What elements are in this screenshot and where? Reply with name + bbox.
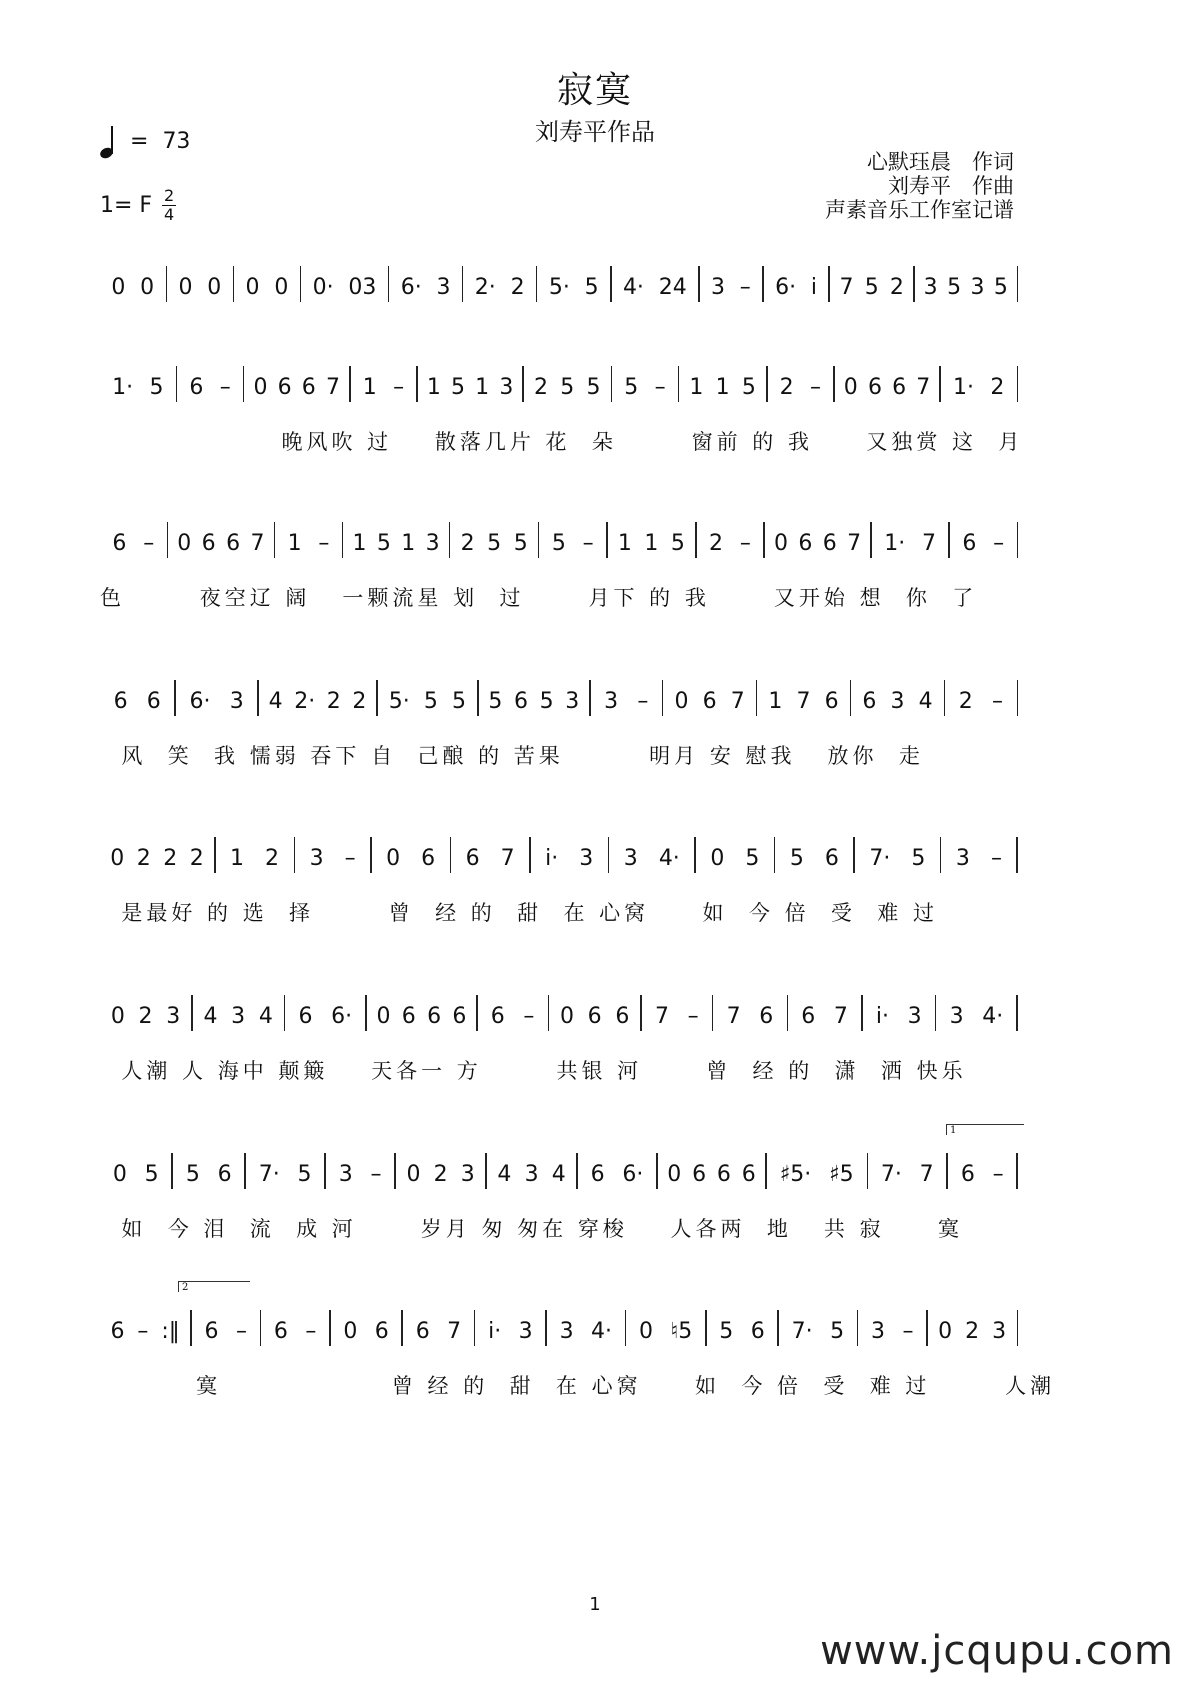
measure: i·3 — [475, 1306, 545, 1346]
note: 3 — [523, 1161, 541, 1189]
note: 3 — [888, 688, 906, 716]
note: 2 — [432, 1161, 450, 1189]
measure: 0222 — [100, 833, 214, 873]
note: 0 — [138, 274, 156, 302]
note: 1 — [350, 530, 368, 558]
barline — [1016, 1153, 1018, 1189]
note: 3 — [869, 1318, 887, 1346]
notation-row: 05567·53–02343466·0666♯5·♯57·76– — [100, 1149, 1018, 1189]
note: 6 — [203, 1318, 221, 1346]
note: 5 — [622, 374, 640, 402]
measure: 066 — [549, 991, 640, 1031]
note: 6· — [188, 688, 213, 716]
note: 0 — [176, 274, 194, 302]
sustain-dash: – — [581, 530, 596, 558]
measure: 7·5 — [246, 1149, 324, 1189]
measure: 023 — [928, 1306, 1017, 1346]
sustain-dash: – — [738, 530, 753, 558]
tempo-marking: = 73 — [100, 124, 190, 158]
measure: 634 — [851, 676, 943, 716]
notation-row: 0000000·036·32·25·54·243–6·i7523535 — [100, 262, 1018, 302]
note: 7 — [725, 1003, 743, 1031]
note: 1 — [361, 374, 379, 402]
measure: 7·5 — [779, 1306, 857, 1346]
sustain-dash: – — [316, 530, 331, 558]
sustain-dash: – — [686, 1003, 701, 1031]
note: 5 — [558, 374, 576, 402]
note: 0 — [772, 530, 790, 558]
tempo-value: 73 — [162, 129, 190, 154]
measure: 3– — [858, 1306, 926, 1346]
measure: 67 — [451, 833, 529, 873]
note: 0 — [205, 274, 223, 302]
key-time-signature: 1= F 2 4 — [100, 188, 176, 223]
sustain-dash: – — [808, 374, 823, 402]
measure: 76 — [713, 991, 786, 1031]
note: 1· — [882, 530, 907, 558]
note: 6· — [620, 1161, 645, 1189]
measure: 1·2 — [941, 362, 1017, 402]
note: 2 — [188, 845, 206, 873]
note: 6 — [701, 688, 719, 716]
note: 7 — [248, 530, 266, 558]
notation-row: 0222123–0667i·334·05567·53– — [100, 833, 1018, 873]
measure: 067 — [663, 676, 755, 716]
sustain-dash: – — [635, 688, 650, 716]
note: 6 — [890, 374, 908, 402]
note: 7· — [867, 845, 892, 873]
measure: 1513 — [418, 362, 523, 402]
note: 3 — [228, 688, 246, 716]
measure: 3– — [295, 833, 370, 873]
note: 5 — [992, 274, 1010, 302]
measure: 255 — [524, 362, 611, 402]
note: 0 — [109, 1003, 127, 1031]
note: 6 — [613, 1003, 631, 1031]
note: 5 — [375, 530, 393, 558]
note: i — [809, 274, 819, 302]
lyrics-line: 寞 曾 经 的 甜 在 心窝 如 今 倍 受 难 过 人潮 — [100, 1370, 1018, 1400]
measure: 1– — [275, 518, 342, 558]
note: 6· — [773, 274, 798, 302]
note: i· — [486, 1318, 503, 1346]
note: 6· — [329, 1003, 354, 1031]
measure: 34· — [609, 833, 694, 873]
note: 6 — [450, 1003, 468, 1031]
note: 6 — [799, 1003, 817, 1031]
note: 0 — [558, 1003, 576, 1031]
note: 7 — [914, 374, 932, 402]
note: 2 — [325, 688, 343, 716]
note: 0 — [637, 1318, 655, 1346]
note: 5· — [547, 274, 572, 302]
sustain-dash: – — [135, 1318, 150, 1346]
note: 3 — [577, 845, 595, 873]
note: 0 — [708, 845, 726, 873]
note: 3 — [517, 1318, 535, 1346]
note: 5 — [740, 374, 758, 402]
sustain-dash: – — [343, 845, 358, 873]
measure: 6– — [948, 1149, 1016, 1189]
measure: 00 — [167, 262, 233, 302]
measure: 3– — [700, 262, 763, 302]
measure: 2– — [945, 676, 1016, 716]
note: 2· — [473, 274, 498, 302]
lyrics-line: 晚风吹 过 散落几片 花 朵 窗前 的 我 又独赏 这 月 — [100, 426, 1018, 456]
measure: 06 — [372, 833, 450, 873]
time-signature: 2 4 — [162, 188, 176, 223]
note: 5 — [148, 374, 166, 402]
measure: 0666 — [658, 1149, 765, 1189]
note: 3 — [164, 1003, 182, 1031]
time-sig-top: 2 — [164, 188, 174, 204]
note: 5 — [296, 1161, 314, 1189]
note: 5 — [863, 274, 881, 302]
note: 0 — [936, 1318, 954, 1346]
measure: 2– — [768, 362, 834, 402]
note: 5 — [788, 845, 806, 873]
note: 7 — [324, 374, 342, 402]
note: ♮5 — [668, 1318, 694, 1346]
sustain-dash: – — [990, 688, 1005, 716]
note: 2 — [509, 274, 527, 302]
measure: 3– — [941, 833, 1016, 873]
notation-row: 02343466·06666–0667–7667i·334· — [100, 991, 1018, 1031]
note: 2 — [988, 374, 1006, 402]
note: 6 — [959, 1161, 977, 1189]
note: 3 — [308, 845, 326, 873]
measure: 00 — [100, 262, 166, 302]
note: 3 — [337, 1161, 355, 1189]
sustain-dash: – — [900, 1318, 915, 1346]
barline — [1016, 995, 1018, 1031]
note: 7 — [445, 1318, 463, 1346]
volta-bracket: 1 — [946, 1124, 1024, 1135]
note: 6 — [108, 1318, 126, 1346]
note: 3 — [709, 274, 727, 302]
measure: 66· — [285, 991, 365, 1031]
note: 3 — [424, 530, 442, 558]
note: 6 — [512, 688, 530, 716]
measure: 6·3 — [389, 262, 462, 302]
measure: 3535 — [915, 262, 1017, 302]
note: 2 — [459, 530, 477, 558]
note: 4· — [980, 1003, 1005, 1031]
note: 6 — [860, 688, 878, 716]
note: 3 — [229, 1003, 247, 1031]
measure: 0·03 — [301, 262, 388, 302]
measure: 6·3 — [176, 676, 257, 716]
volta-bracket: 2 — [178, 1281, 250, 1292]
measure: 12 — [216, 833, 294, 873]
note: 1 — [286, 530, 304, 558]
measure: 434 — [193, 991, 284, 1031]
measure: i·3 — [863, 991, 935, 1031]
note: 3 — [497, 374, 515, 402]
measure: 66· — [578, 1149, 656, 1189]
note: 5 — [486, 688, 504, 716]
note: 24 — [657, 274, 689, 302]
note: 1 — [228, 845, 246, 873]
sustain-dash: – — [218, 374, 233, 402]
note: 1 — [425, 374, 443, 402]
measure: 05 — [100, 1149, 171, 1189]
note: 2 — [778, 374, 796, 402]
lyrics-line: 色 夜空辽 阔 一颗流星 划 过 月下 的 我 又开始 想 你 了 — [100, 582, 1018, 612]
sustain-dash: – — [991, 530, 1006, 558]
notation-row: 666·342·225·5556533–0671766342– — [100, 676, 1018, 716]
measure: 1·7 — [872, 518, 949, 558]
note: 6 — [960, 530, 978, 558]
composer-credit: 刘寿平 作曲 — [825, 174, 1014, 198]
note: 6 — [297, 1003, 315, 1031]
key-signature: 1= F — [100, 193, 152, 218]
note: :‖ — [159, 1318, 181, 1346]
lyrics-line: 是最好 的 选 择 曾 经 的 甜 在 心窝 如 今 倍 受 难 过 — [100, 897, 1018, 927]
note: 2 — [161, 845, 179, 873]
note: 5 — [450, 688, 468, 716]
measure: 6– — [261, 1306, 329, 1346]
notation-row: 6–06671–15132555–1152–06671·76– — [100, 518, 1018, 558]
note: 6 — [586, 1003, 604, 1031]
barline — [1017, 1310, 1019, 1346]
note: 2· — [292, 688, 317, 716]
measure: 05 — [696, 833, 774, 873]
note: 6 — [414, 1318, 432, 1346]
note: 7 — [499, 845, 517, 873]
note: 2 — [957, 688, 975, 716]
note: 6 — [145, 688, 163, 716]
note: 5 — [422, 688, 440, 716]
measure: 3– — [326, 1149, 394, 1189]
note: 6 — [796, 530, 814, 558]
note: 0 — [109, 274, 127, 302]
notation-row: 1·56–06671–15132555–1152–06671·2 — [100, 362, 1018, 402]
measure: 0667 — [168, 518, 274, 558]
measure: 0♮5 — [626, 1306, 705, 1346]
barline — [1017, 366, 1019, 402]
note: 5 — [184, 1161, 202, 1189]
measure: 0667 — [835, 362, 940, 402]
note: 3 — [922, 274, 940, 302]
note: 2 — [263, 845, 281, 873]
note: 3 — [906, 1003, 924, 1031]
note: 6 — [866, 374, 884, 402]
measure: 4·24 — [612, 262, 699, 302]
note: 6 — [373, 1318, 391, 1346]
note: 0 — [842, 374, 860, 402]
note: 3 — [954, 845, 972, 873]
note: 1· — [110, 374, 135, 402]
note: ♯5 — [827, 1161, 856, 1189]
note: 5 — [909, 845, 927, 873]
measure: ♯5·♯5 — [767, 1149, 867, 1189]
lyrics-line: 人潮 人 海中 颠簸 天各一 方 共银 河 曾 经 的 潇 洒 快乐 — [100, 1055, 1018, 1085]
note: 4· — [621, 274, 646, 302]
note: 6 — [823, 845, 841, 873]
note: 1 — [766, 688, 784, 716]
note: 6 — [740, 1161, 758, 1189]
measure: 752 — [830, 262, 914, 302]
measure: 42·22 — [259, 676, 376, 716]
note: 0 — [665, 1161, 683, 1189]
note: 4· — [589, 1318, 614, 1346]
measure: 6–:‖ — [100, 1306, 190, 1346]
note: 4 — [257, 1003, 275, 1031]
note: 6 — [425, 1003, 443, 1031]
note: 0 — [673, 688, 691, 716]
measure: 6– — [950, 518, 1017, 558]
note: 6 — [419, 845, 437, 873]
measure: 255 — [450, 518, 538, 558]
note: 0 — [272, 274, 290, 302]
sustain-dash: – — [141, 530, 156, 558]
measure: 66 — [100, 676, 174, 716]
measure: 6– — [100, 518, 167, 558]
note: 7 — [832, 1003, 850, 1031]
note: 2 — [888, 274, 906, 302]
barline — [1017, 266, 1019, 302]
measure: 0667 — [765, 518, 871, 558]
note: 5 — [945, 274, 963, 302]
note: i· — [874, 1003, 891, 1031]
note: 1 — [687, 374, 705, 402]
note: 1 — [714, 374, 732, 402]
note: 7 — [653, 1003, 671, 1031]
note: 5 — [717, 1318, 735, 1346]
note: 7 — [918, 1161, 936, 1189]
measure: 67 — [403, 1306, 474, 1346]
note: 3 — [563, 688, 581, 716]
note: 0 — [244, 274, 262, 302]
lyrics-line: 如 今 泪 流 成 河 岁月 匆 匆在 穿梭 人各两 地 共 寂 寞 — [100, 1213, 1018, 1243]
note: 6· — [399, 274, 424, 302]
sustain-dash: – — [521, 1003, 536, 1031]
sustain-dash: – — [738, 274, 753, 302]
note: 2 — [135, 845, 153, 873]
measure: 6– — [192, 1306, 260, 1346]
note: 7· — [879, 1161, 904, 1189]
note: 0 — [175, 530, 193, 558]
note: 2 — [532, 374, 550, 402]
note: 5 — [669, 530, 687, 558]
measure: 6·i — [764, 262, 829, 302]
watermark: www.jcqupu.com — [820, 1628, 1174, 1674]
note: 0 — [404, 1161, 422, 1189]
note: 4 — [917, 688, 935, 716]
note: 5 — [143, 1161, 161, 1189]
measure: 0667 — [244, 362, 349, 402]
measure: 115 — [679, 362, 766, 402]
measure: 00 — [234, 262, 300, 302]
sustain-dash: – — [391, 374, 406, 402]
note: 7 — [920, 530, 938, 558]
measure: 7·7 — [868, 1149, 946, 1189]
measure: 56 — [173, 1149, 244, 1189]
note: 4 — [267, 688, 285, 716]
note: 6 — [272, 1318, 290, 1346]
measure: 2·2 — [463, 262, 536, 302]
note: 1 — [642, 530, 660, 558]
note: 5 — [538, 688, 556, 716]
sustain-dash: – — [303, 1318, 318, 1346]
note: 3 — [948, 1003, 966, 1031]
quarter-note-icon — [100, 124, 116, 158]
lyrics-line: 风 笑 我 懦弱 吞下 自 己酿 的 苦果 明月 安 慰我 放你 走 — [100, 740, 1018, 770]
measure: 5653 — [479, 676, 589, 716]
barline — [1016, 837, 1018, 873]
note: 6 — [112, 688, 130, 716]
measure: 5·5 — [537, 262, 610, 302]
note: 6 — [589, 1161, 607, 1189]
page-number: 1 — [0, 1594, 1190, 1615]
note: 6 — [749, 1318, 767, 1346]
note: 6 — [200, 530, 218, 558]
note: 2 — [963, 1318, 981, 1346]
note: ♯5· — [778, 1161, 814, 1189]
note: 3 — [459, 1161, 477, 1189]
note: 6 — [110, 530, 128, 558]
lyricist-credit: 心默珏晨 作词 — [825, 150, 1014, 174]
note: 1 — [399, 530, 417, 558]
note: 7 — [838, 274, 856, 302]
note: 0 — [111, 1161, 129, 1189]
measure: 1– — [351, 362, 417, 402]
transcriber-credit: 声素音乐工作室记谱 — [825, 198, 1014, 222]
note: 6 — [823, 688, 841, 716]
note: 2 — [707, 530, 725, 558]
note: i· — [543, 845, 560, 873]
note: 0 — [108, 845, 126, 873]
note: 4 — [550, 1161, 568, 1189]
note: 2 — [137, 1003, 155, 1031]
tempo-equals: = — [130, 129, 148, 154]
note: 3 — [602, 688, 620, 716]
measure: 176 — [757, 676, 849, 716]
sustain-dash: – — [653, 374, 668, 402]
note: 4 — [201, 1003, 219, 1031]
note: 6 — [400, 1003, 418, 1031]
note: 1 — [616, 530, 634, 558]
barline — [1017, 522, 1019, 558]
measure: 023 — [100, 991, 191, 1031]
note: 6 — [187, 374, 205, 402]
note: 6 — [464, 845, 482, 873]
note: 7 — [845, 530, 863, 558]
sustain-dash: – — [234, 1318, 249, 1346]
measure: 7– — [642, 991, 712, 1031]
note: 6 — [715, 1161, 733, 1189]
note: 7 — [729, 688, 747, 716]
sustain-dash: – — [989, 845, 1004, 873]
time-sig-bottom: 4 — [164, 207, 174, 223]
note: 5 — [512, 530, 530, 558]
measure: 67 — [788, 991, 861, 1031]
note: 4 — [495, 1161, 513, 1189]
note: 3 — [434, 274, 452, 302]
credits: 心默珏晨 作词 刘寿平 作曲 声素音乐工作室记谱 — [825, 150, 1014, 222]
measure: 5·55 — [378, 676, 477, 716]
measure: 2– — [697, 518, 764, 558]
note: 5· — [387, 688, 412, 716]
note: 5 — [828, 1318, 846, 1346]
note: 6 — [224, 530, 242, 558]
song-title: 寂寞 — [0, 62, 1190, 113]
note: 0· — [311, 274, 336, 302]
measure: 7·5 — [855, 833, 940, 873]
measure: 115 — [608, 518, 696, 558]
note: 5 — [583, 274, 601, 302]
